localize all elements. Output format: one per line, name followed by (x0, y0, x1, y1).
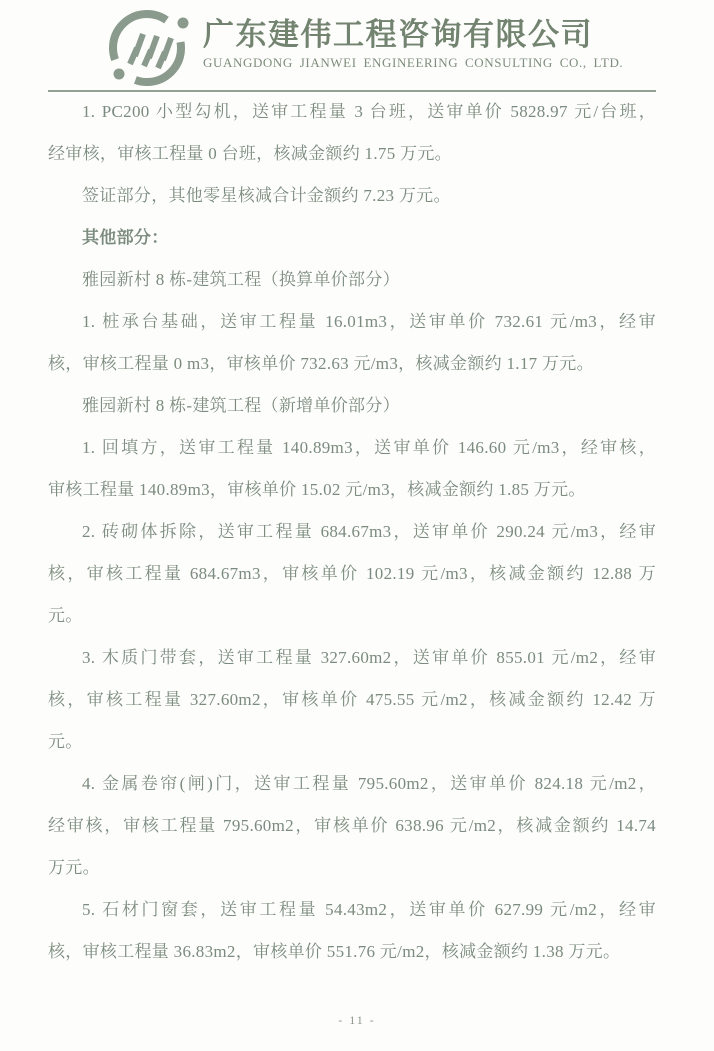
document-line: 雅园新村 8 栋-建筑工程（新增单价部分） (48, 385, 656, 427)
document-line: 签证部分，其他零星核减合计金额约 7.23 万元。 (48, 175, 656, 217)
company-logo-icon (99, 8, 195, 88)
document-line: 元。 (48, 721, 656, 763)
document-line: 核，审核工程量 0 m3，审核单价 732.63 元/m3，核减金额约 1.17… (48, 343, 656, 385)
document-body: 1. PC200 小型勾机，送审工程量 3 台班，送审单价 5828.97 元/… (48, 91, 656, 973)
document-line: 4. 金属卷帘(闸)门，送审工程量 795.60m2，送审单价 824.18 元… (48, 763, 656, 805)
page-footer: - 11 - (0, 1011, 714, 1029)
document-line: 经审核，审核工程量 795.60m2，审核单价 638.96 元/m2，核减金额… (48, 805, 656, 847)
company-names: 广东建伟工程咨询有限公司 GUANGDONG JIANWEI ENGINEERI… (203, 8, 623, 71)
document-line: 万元。 (48, 847, 656, 889)
company-name-cn: 广东建伟工程咨询有限公司 (203, 16, 623, 53)
document-line: 元。 (48, 595, 656, 637)
company-name-en: GUANGDONG JIANWEI ENGINEERING CONSULTING… (203, 55, 623, 71)
document-line: 1. 回填方，送审工程量 140.89m3，送审单价 146.60 元/m3，经… (48, 427, 656, 469)
logo-dot-bottom-left (114, 69, 125, 80)
document-line: 1. PC200 小型勾机，送审工程量 3 台班，送审单价 5828.97 元/… (48, 91, 656, 133)
document-line: 核，审核工程量 684.67m3，审核单价 102.19 元/m3，核减金额约 … (48, 553, 656, 595)
logo-dot-top-right (178, 18, 189, 29)
document-line: 其他部分： (48, 217, 656, 259)
logo-lightning-bolts (130, 34, 171, 68)
document-line: 1. 桩承台基础，送审工程量 16.01m3，送审单价 732.61 元/m3，… (48, 301, 656, 343)
document-line: 审核工程量 140.89m3，审核单价 15.02 元/m3，核减金额约 1.8… (48, 469, 656, 511)
document-line: 5. 石材门窗套，送审工程量 54.43m2，送审单价 627.99 元/m2，… (48, 889, 656, 931)
page-number: - 11 - (338, 1013, 376, 1027)
document-line: 雅园新村 8 栋-建筑工程（换算单价部分） (48, 259, 656, 301)
document-line: 2. 砖砌体拆除，送审工程量 684.67m3，送审单价 290.24 元/m3… (48, 511, 656, 553)
letterhead: 广东建伟工程咨询有限公司 GUANGDONG JIANWEI ENGINEERI… (99, 8, 623, 88)
document-line: 经审核，审核工程量 0 台班，核减金额约 1.75 万元。 (48, 133, 656, 175)
document-page: 广东建伟工程咨询有限公司 GUANGDONG JIANWEI ENGINEERI… (0, 0, 714, 1051)
document-line: 核，审核工程量 36.83m2，审核单价 551.76 元/m2，核减金额约 1… (48, 931, 656, 973)
document-line: 核，审核工程量 327.60m2，审核单价 475.55 元/m2，核减金额约 … (48, 679, 656, 721)
document-line: 3. 木质门带套，送审工程量 327.60m2，送审单价 855.01 元/m2… (48, 637, 656, 679)
